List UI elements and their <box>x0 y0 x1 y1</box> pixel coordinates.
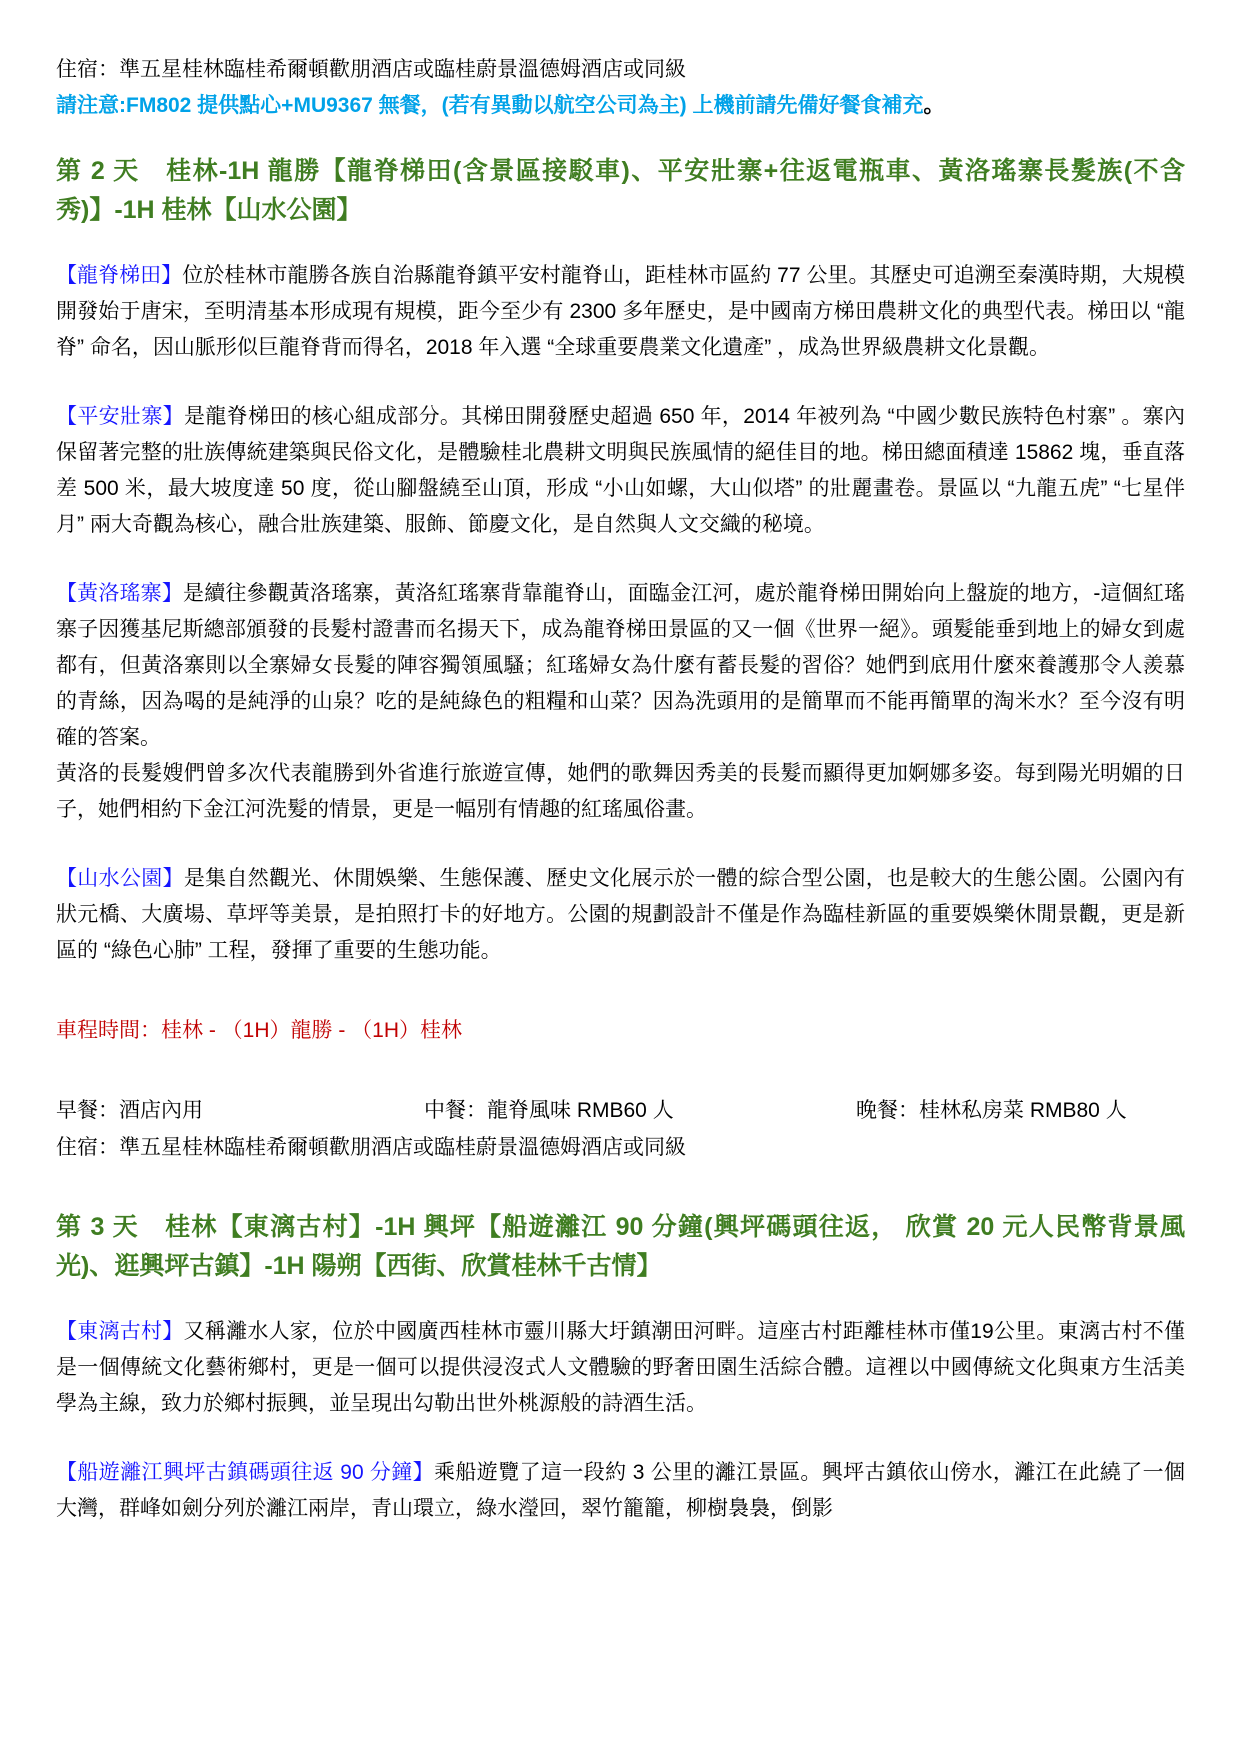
attraction-label-pingan: 【平安壯寨】 <box>56 405 184 428</box>
attraction-label-cruise: 【船遊灕江興坪古鎮碼頭往返 90 分鐘】 <box>56 1461 434 1484</box>
attraction-label-longji: 【龍脊梯田】 <box>56 264 182 287</box>
attraction-label-shanshui: 【山水公園】 <box>56 867 184 890</box>
shanshui-park-paragraph: 【山水公園】是集自然觀光、休閒娛樂、生態保護、歷史文化展示於一體的綜合型公園，也… <box>56 861 1185 969</box>
transfer-time-line: 車程時間：桂林 - （1H）龍勝 - （1H）桂林 <box>56 1013 1185 1049</box>
day2-lodging-line: 住宿：準五星桂林臨桂希爾頓歡朋酒店或臨桂蔚景溫德姆酒店或同級 <box>56 1130 1185 1166</box>
dongli-village-paragraph: 【東漓古村】又稱灕水人家，位於中國廣西桂林市靈川縣大圩鎮潮田河畔。這座古村距離桂… <box>56 1314 1185 1422</box>
day3-heading: 第 3 天 桂林【東漓古村】-1H 興坪【船遊灕江 90 分鐘(興坪碼頭往返， … <box>56 1208 1185 1286</box>
paragraph-text: 又稱灕水人家，位於中國廣西桂林市靈川縣大圩鎮潮田河畔。這座古村距離桂林市僅19公… <box>56 1320 1185 1415</box>
notice-text: 請注意:FM802 提供點心+MU9367 無餐，(若有異動以航空公司為主) 上… <box>56 94 923 117</box>
day2-heading: 第 2 天 桂林-1H 龍勝【龍脊梯田(含景區接駁車)、平安壯寨+往返電瓶車、黃… <box>56 152 1185 230</box>
dinner-text: 晚餐：桂林私房菜 RMB80 人 <box>856 1093 1185 1129</box>
attraction-label-huangluo: 【黃洛瑤寨】 <box>56 582 183 605</box>
liriver-cruise-paragraph: 【船遊灕江興坪古鎮碼頭往返 90 分鐘】乘船遊覽了這一段約 3 公里的灕江景區。… <box>56 1455 1185 1527</box>
paragraph-text: 位於桂林市龍勝各族自治縣龍脊鎮平安村龍脊山，距桂林市區約 77 公里。其歷史可追… <box>56 264 1185 359</box>
paragraph-text: 是龍脊梯田的核心組成部分。其梯田開發歷史超過 650 年，2014 年被列為 “… <box>56 405 1185 536</box>
lodging-line: 住宿：準五星桂林臨桂希爾頓歡朋酒店或臨桂蔚景溫德姆酒店或同級 <box>56 52 1185 88</box>
pingan-village-paragraph: 【平安壯寨】是龍脊梯田的核心組成部分。其梯田開發歷史超過 650 年，2014 … <box>56 399 1185 543</box>
itinerary-document: 住宿：準五星桂林臨桂希爾頓歡朋酒店或臨桂蔚景溫德姆酒店或同級 請注意:FM802… <box>0 0 1241 1755</box>
meals-row: 早餐：酒店內用 中餐：龍脊風味 RMB60 人 晚餐：桂林私房菜 RMB80 人 <box>56 1093 1185 1129</box>
breakfast-text: 早餐：酒店內用 <box>56 1093 424 1129</box>
flight-meal-notice: 請注意:FM802 提供點心+MU9367 無餐，(若有異動以航空公司為主) 上… <box>56 88 1185 124</box>
paragraph-text-continued: 黃洛的長髮嫂們曾多次代表龍勝到外省進行旅遊宣傳，她們的歌舞因秀美的長髮而顯得更加… <box>56 756 1185 828</box>
attraction-label-dongli: 【東漓古村】 <box>56 1320 184 1343</box>
paragraph-text: 是集自然觀光、休閒娛樂、生態保護、歷史文化展示於一體的綜合型公園，也是較大的生態… <box>56 867 1185 962</box>
paragraph-text: 是續往參觀黃洛瑤寨，黃洛紅瑤寨背靠龍脊山，面臨金江河，處於龍脊梯田開始向上盤旋的… <box>56 582 1185 749</box>
huangluo-village-paragraph: 【黃洛瑤寨】是續往參觀黃洛瑤寨，黃洛紅瑤寨背靠龍脊山，面臨金江河，處於龍脊梯田開… <box>56 576 1185 828</box>
longji-terrace-paragraph: 【龍脊梯田】位於桂林市龍勝各族自治縣龍脊鎮平安村龍脊山，距桂林市區約 77 公里… <box>56 258 1185 366</box>
lunch-text: 中餐：龍脊風味 RMB60 人 <box>424 1093 856 1129</box>
notice-period: 。 <box>923 94 944 117</box>
